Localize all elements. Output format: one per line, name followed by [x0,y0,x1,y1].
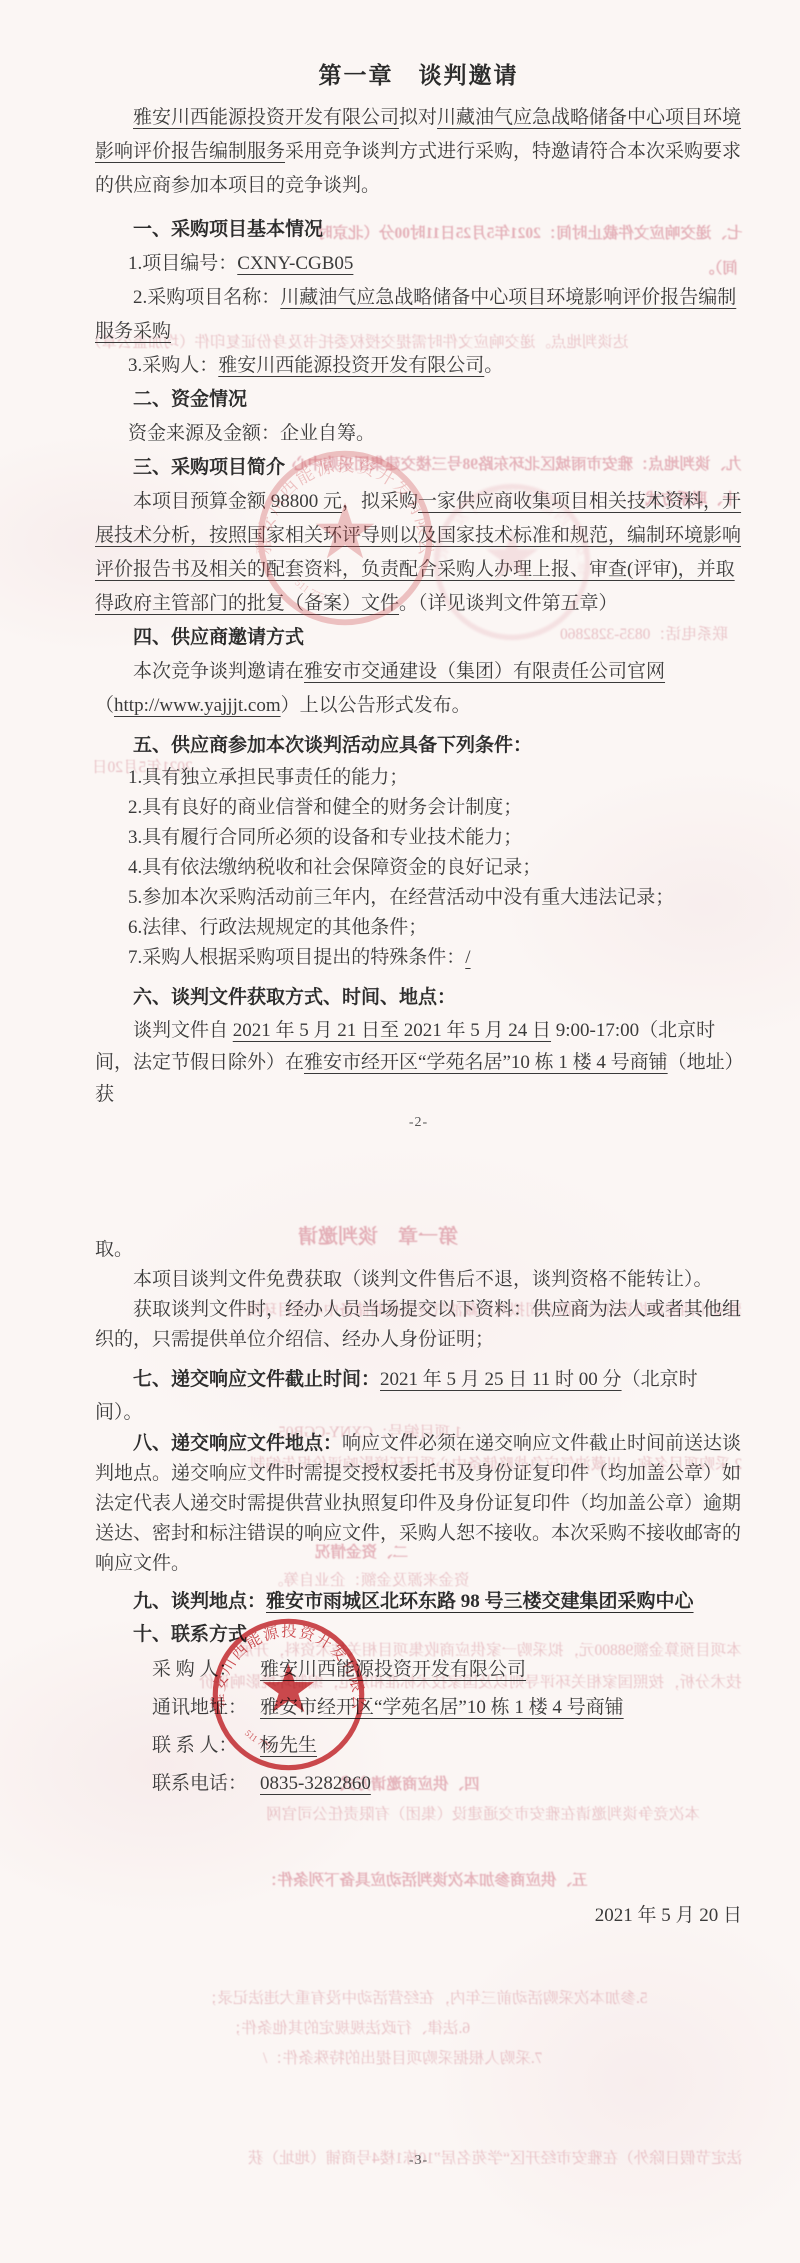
list-item: 5.参加本次采购活动前三年内，在经营活动中没有重大违法记录； [128,883,742,913]
section-heading-4: 四、供应商邀请方式 [95,621,742,655]
document-pickup-paragraph: 谈判文件自 2021 年 5 月 21 日至 2021 年 5 月 24 日 9… [95,1015,742,1111]
pickup-address: 雅安市经开区“学苑名居”10 栋 1 楼 4 号商铺 [304,1052,668,1073]
pickup-materials-paragraph: 获取谈判文件时，经办人员当场提交以下资料：供应商为法人或者其他组织的，只需提供单… [95,1295,742,1355]
page-number: -2- [95,1115,742,1131]
submission-deadline: 2021 年 5 月 25 日 11 时 00 分 [380,1369,622,1390]
funding-row: 资金来源及金额：企业自筹。 [128,417,742,451]
section-heading-9: 九、谈判地点： [133,1591,266,1612]
contact-row: 联系电话：0835-3282860 [152,1765,742,1803]
list-item: 2.具有良好的商业信誉和健全的财务会计制度； [128,793,742,823]
supplier-conditions-list: 1.具有独立承担民事责任的能力； 2.具有良好的商业信誉和健全的财务会计制度； … [128,763,742,973]
section-heading-3: 三、采购项目简介 [95,451,742,485]
document-date: 2021 年 5 月 20 日 [95,1901,742,1931]
contact-phone: 0835-3282860 [260,1773,371,1794]
list-item: 4.具有依法缴纳税收和社会保障资金的良好记录； [128,853,742,883]
project-brief-paragraph: 本项目预算金额 98800 元，拟采购一家供应商收集项目相关技术资料，开展技术分… [95,485,742,621]
announcement-paragraph: 本次竞争谈判邀请在雅安市交通建设（集团）有限责任公司官网（http://www.… [95,655,742,723]
section-heading-8: 八、递交响应文件地点： [133,1433,342,1454]
list-item: 7.采购人根据采购项目提出的特殊条件：/ [128,943,742,973]
continuation-text: 取。 [95,1235,742,1265]
buyer-name: 雅安川西能源投资开发有限公司 [133,107,399,128]
contact-person: 杨先生 [260,1735,317,1756]
budget-amount: 98800 元 [271,491,342,512]
negotiation-address: 雅安市雨城区北环东路 98 号三楼交建集团采购中心 [266,1591,694,1612]
purchaser-row: 3.采购人：雅安川西能源投资开发有限公司。 [128,349,742,383]
scanned-document: 七、递交响应文件截止时间：2021年5月25日11时00分（北京时 间）。 达谈… [0,0,800,2263]
pickup-dates: 2021 年 5 月 21 日至 2021 年 5 月 24 日 [233,1020,551,1041]
submission-place-paragraph: 八、递交响应文件地点：响应文件必须在递交响应文件截止时间前送达谈判地点。递交响应… [95,1429,742,1579]
list-item: 1.具有独立承担民事责任的能力； [128,763,742,793]
section-heading-10: 十、联系方式 [95,1618,742,1651]
section-heading-2: 二、资金情况 [95,383,742,417]
free-pickup-paragraph: 本项目谈判文件免费获取（谈判文件售后不退，谈判资格不能转让）。 [95,1265,742,1295]
list-item: 6.法律、行政法规规定的其他条件； [128,913,742,943]
contact-row: 采 购 人：雅安川西能源投资开发有限公司 [152,1651,742,1689]
negotiation-place-paragraph: 九、谈判地点：雅安市雨城区北环东路 98 号三楼交建集团采购中心 [95,1585,742,1618]
deadline-paragraph: 七、递交响应文件截止时间：2021 年 5 月 25 日 11 时 00 分（北… [95,1363,742,1429]
chapter-title: 第一章 谈判邀请 [95,58,742,93]
section-heading-5: 五、供应商参加本次谈判活动应具备下列条件： [95,729,742,763]
contact-purchaser: 雅安川西能源投资开发有限公司 [260,1659,526,1680]
website-url: http://www.yajjjt.com [114,695,281,716]
section-heading-6: 六、谈判文件获取方式、时间、地点： [95,981,742,1015]
contact-address: 雅安市经开区“学苑名居”10 栋 1 楼 4 号商铺 [260,1697,624,1718]
section-heading-7: 七、递交响应文件截止时间： [133,1369,380,1390]
page-number: -3- [95,2153,742,2169]
project-number: CXNY-CGB05 [237,253,353,274]
project-title-row: 2.采购项目名称：川藏油气应急战略储备中心项目环境影响评价报告编制服务采购 [95,281,742,349]
contact-row: 联 系 人：杨先生 [152,1727,742,1765]
project-number-row: 1.项目编号：CXNY-CGB05 [128,247,742,281]
contact-row: 通讯地址：雅安市经开区“学苑名居”10 栋 1 楼 4 号商铺 [152,1689,742,1727]
intro-paragraph: 雅安川西能源投资开发有限公司拟对川藏油气应急战略储备中心项目环境影响评价报告编制… [95,101,742,203]
document-page-1: 第一章 谈判邀请 雅安川西能源投资开发有限公司拟对川藏油气应急战略储备中心项目环… [0,0,800,1130]
document-page-2: 取。 本项目谈判文件免费获取（谈判文件售后不退，谈判资格不能转让）。 获取谈判文… [0,1130,800,2263]
list-item: 3.具有履行合同所必须的设备和专业技术能力； [128,823,742,853]
section-heading-1: 一、采购项目基本情况 [95,213,742,247]
